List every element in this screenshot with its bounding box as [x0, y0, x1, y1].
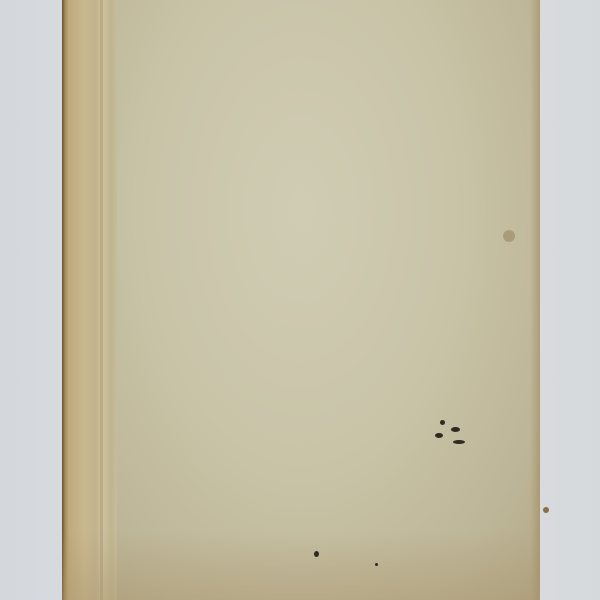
ink-stain: [314, 551, 319, 557]
book-spine: [62, 0, 117, 600]
ink-stain: [453, 440, 465, 444]
ink-stain: [451, 427, 460, 432]
spine-crease: [100, 0, 103, 600]
ink-stain: [435, 433, 443, 438]
stain-spot: [503, 230, 515, 242]
book-cover: [62, 0, 540, 600]
cover-right-edge: [530, 0, 540, 600]
ink-stain: [440, 420, 445, 425]
stain-spot: [543, 507, 549, 513]
ink-stain: [375, 563, 378, 566]
